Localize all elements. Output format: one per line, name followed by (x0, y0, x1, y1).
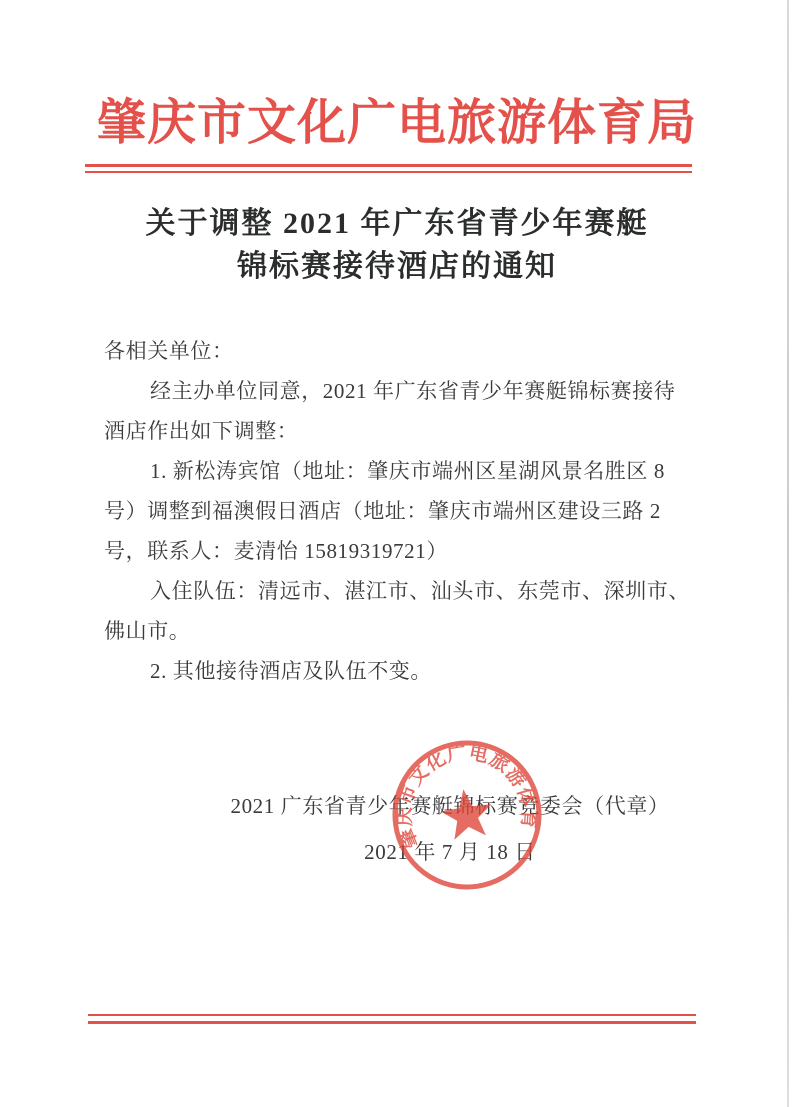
signature-date: 2021 年 7 月 18 日 (104, 836, 794, 866)
letterhead-agency-name: 肇庆市文化广电旅游体育局 (0, 90, 794, 156)
body-line: 1. 新松涛宾馆（地址：肇庆市端州区星湖风景名胜区 8 (104, 451, 694, 491)
signature-organization: 2021 广东省青少年赛艇锦标赛竞委会（代章） (104, 790, 794, 820)
body-line: 酒店作出如下调整： (104, 411, 694, 451)
body-line: 经主办单位同意，2021 年广东省青少年赛艇锦标赛接待 (104, 371, 694, 411)
document-title: 关于调整 2021 年广东省青少年赛艇 锦标赛接待酒店的通知 (0, 202, 794, 288)
body-lines: 经主办单位同意，2021 年广东省青少年赛艇锦标赛接待酒店作出如下调整：1. 新… (104, 371, 694, 691)
body-line: 入住队伍：清远市、湛江市、汕头市、东莞市、深圳市、 (104, 571, 694, 611)
rule-bar (88, 1021, 696, 1024)
body-line: 2. 其他接待酒店及队伍不变。 (104, 651, 694, 691)
document-title-line1: 关于调整 2021 年广东省青少年赛艇 (0, 202, 794, 245)
scan-edge (787, 0, 789, 1107)
body-line: 号）调整到福澳假日酒店（地址：肇庆市端州区建设三路 2 (104, 491, 694, 531)
body-line: 号，联系人：麦清怡 15819319721） (104, 531, 694, 571)
document-page: 肇庆市文化广电旅游体育局 关于调整 2021 年广东省青少年赛艇 锦标赛接待酒店… (0, 0, 794, 1107)
document-title-line2: 锦标赛接待酒店的通知 (0, 245, 794, 288)
footer-double-rule (88, 1014, 696, 1024)
salutation: 各相关单位： (104, 331, 694, 371)
body-line: 佛山市。 (104, 611, 694, 651)
rule-bar (85, 171, 692, 173)
letterhead-double-rule (85, 164, 692, 173)
document-body: 各相关单位： 经主办单位同意，2021 年广东省青少年赛艇锦标赛接待酒店作出如下… (104, 331, 694, 691)
